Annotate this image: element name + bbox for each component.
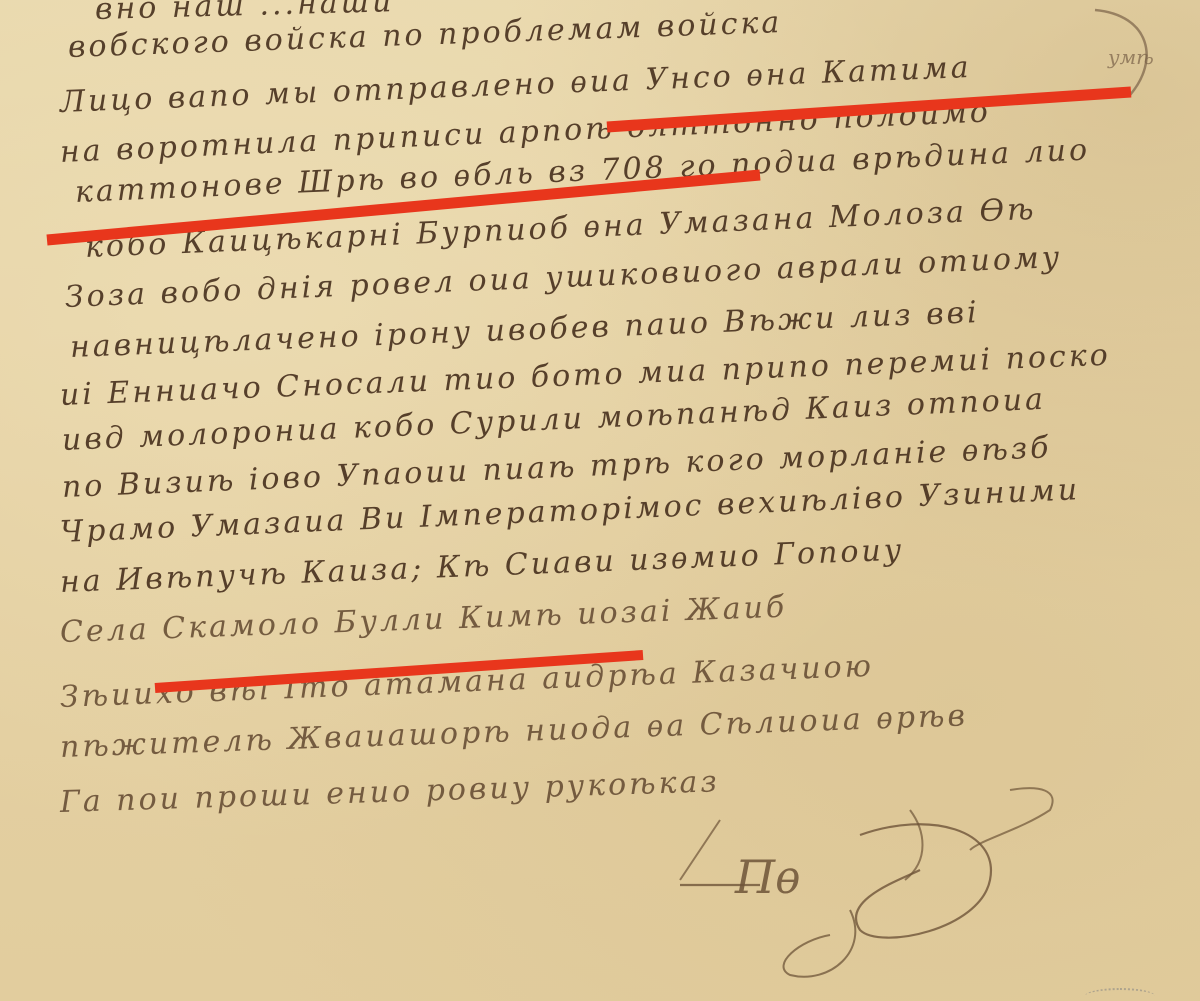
red-underline-2 xyxy=(47,175,760,240)
red-annotations xyxy=(0,0,1200,1001)
red-underline-1 xyxy=(607,92,1131,127)
red-underline-3 xyxy=(155,655,643,688)
